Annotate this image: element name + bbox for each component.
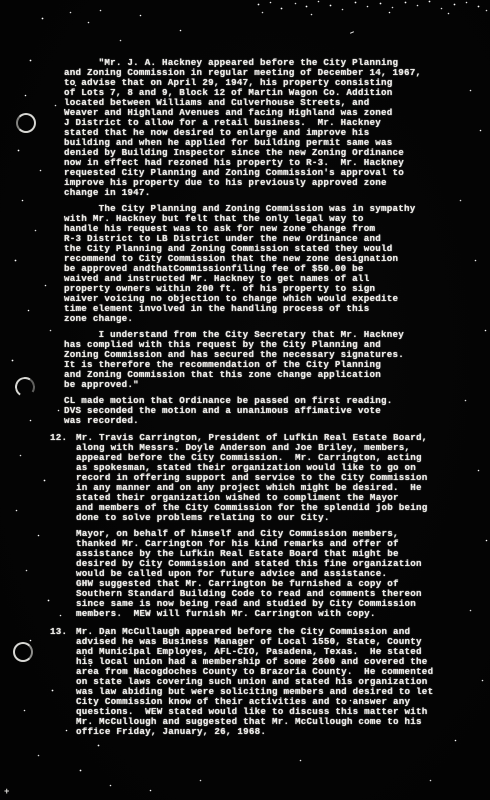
item-12-paragraph-2: Mayor, on behalf of himself and City Com… bbox=[76, 529, 428, 619]
scratch-mark bbox=[350, 31, 354, 34]
item-body: Mr. Travis Carrington, President of Lufk… bbox=[76, 433, 428, 625]
hole-punch-mark bbox=[13, 375, 37, 399]
hole-punch-mark bbox=[13, 642, 33, 662]
agenda-item-13: 13. Mr. Dan McCullaugh appeared before t… bbox=[50, 627, 433, 743]
corner-registration-mark: + bbox=[4, 787, 9, 797]
quote-paragraph-3: I understand from the City Secretary tha… bbox=[64, 330, 421, 390]
item-number: 12. bbox=[50, 433, 76, 443]
quote-paragraph-2: The City Planning and Zoning Commission … bbox=[64, 204, 421, 324]
item-number: 13. bbox=[50, 627, 76, 637]
hole-punch-mark bbox=[16, 113, 36, 133]
item-13-paragraph-1: Mr. Dan McCullaugh appeared before the C… bbox=[76, 627, 433, 737]
scanned-minutes-page: + "Mr. J. A. Hackney appeared before the… bbox=[0, 0, 490, 800]
agenda-item-12: 12. Mr. Travis Carrington, President of … bbox=[50, 433, 428, 625]
motion-record: CL made motion that Ordinance be passed … bbox=[64, 396, 393, 426]
item-12-paragraph-1: Mr. Travis Carrington, President of Lufk… bbox=[76, 433, 428, 523]
hackney-zoning-quote-section: "Mr. J. A. Hackney appeared before the C… bbox=[64, 58, 421, 396]
quote-paragraph-1: "Mr. J. A. Hackney appeared before the C… bbox=[64, 58, 421, 198]
film-grain-specks bbox=[0, 0, 1, 1]
item-body: Mr. Dan McCullaugh appeared before the C… bbox=[76, 627, 433, 743]
